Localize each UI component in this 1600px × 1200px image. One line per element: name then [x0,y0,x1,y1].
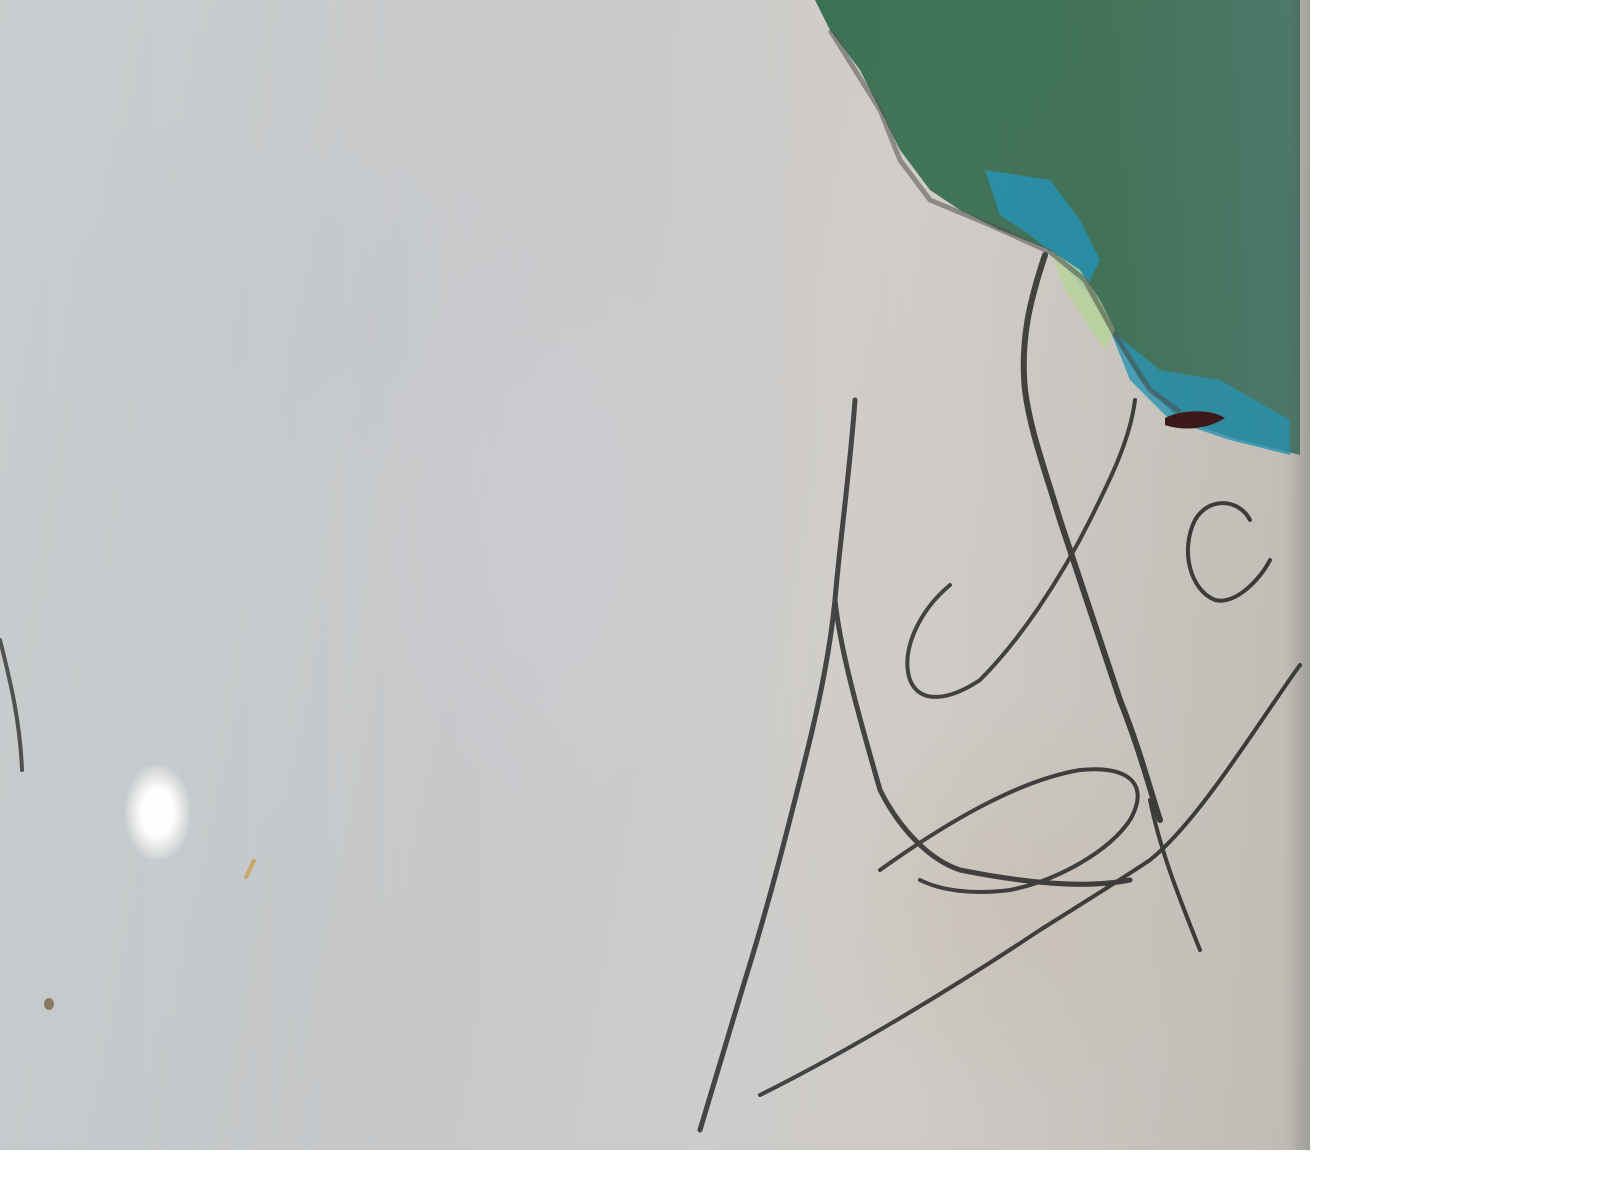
glass-sheen [0,0,1310,1150]
glass-glare [125,765,190,860]
artwork-paper [0,0,1310,1150]
frame-edge-shadow [1285,0,1310,1150]
dust-speck [44,998,54,1010]
